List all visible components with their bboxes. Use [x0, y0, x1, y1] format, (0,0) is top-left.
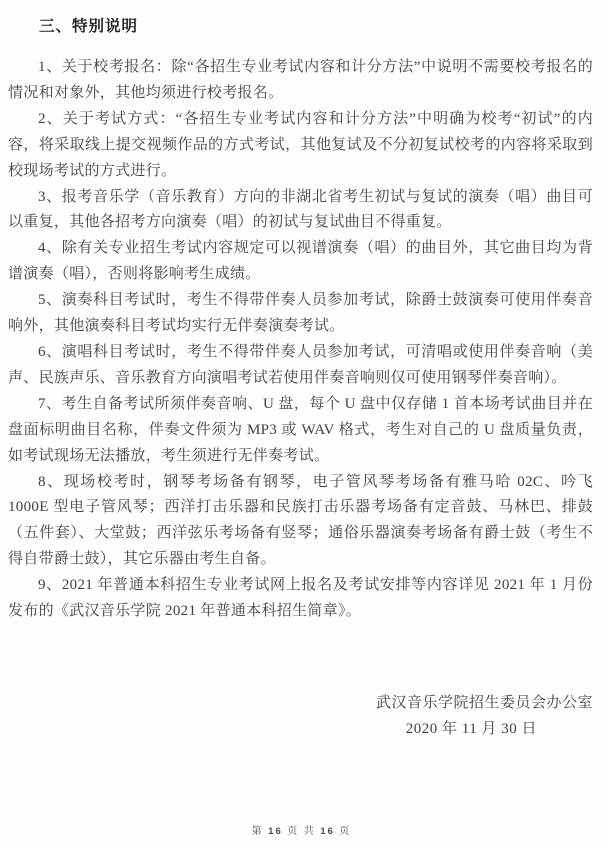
document-content: 三、特别说明 1、关于校考报名：除“各招生专业考试内容和计分方法”中说明不需要校…: [0, 0, 603, 743]
paragraph-7: 7、考生自备考试所须伴奏音响、U 盘，每个 U 盘中仅存储 1 首本场考试曲目并…: [8, 392, 593, 470]
paragraph-6: 6、演唱科目考试时，考生不得带伴奏人员参加考试，可清唱或使用伴奏音响（美声、民族…: [8, 340, 593, 392]
footer-label-di: 第: [252, 826, 264, 837]
section-heading: 三、特别说明: [8, 16, 593, 38]
footer-total-pages: 16: [320, 826, 335, 837]
paragraph-2: 2、关于考试方式：“各招生专业考试内容和计分方法”中明确为校考“初试”的内容，将…: [8, 107, 593, 185]
paragraph-1: 1、关于校考报名：除“各招生专业考试内容和计分方法”中说明不需要校考报名的情况和…: [8, 55, 593, 107]
date-line: 2020 年 11 月 30 日: [8, 717, 593, 743]
paragraph-9: 9、2021 年普通本科招生专业考试网上报名及考试安排等内容详见 2021 年 …: [8, 573, 593, 625]
signature-line: 武汉音乐学院招生委员会办公室: [8, 691, 593, 717]
footer-label-ye: 页: [287, 826, 299, 837]
paragraph-8: 8、现场校考时，钢琴考场备有钢琴，电子管风琴考场备有雅马哈 02C、吟飞 100…: [8, 470, 593, 574]
paragraph-4: 4、除有关专业招生考试内容规定可以视谱演奏（唱）的曲目外，其它曲目均为背谱演奏（…: [8, 236, 593, 288]
footer-page-number: 16: [268, 826, 283, 837]
page-footer: 第 16 页 共 16 页: [0, 822, 603, 837]
signature-block: 武汉音乐学院招生委员会办公室 2020 年 11 月 30 日: [8, 691, 593, 743]
document-page: 三、特别说明 1、关于校考报名：除“各招生专业考试内容和计分方法”中说明不需要校…: [0, 0, 603, 848]
footer-label-gong: 共: [304, 826, 316, 837]
footer-label-ye2: 页: [339, 826, 351, 837]
paragraph-3: 3、报考音乐学（音乐教育）方向的非湖北省考生初试与复试的演奏（唱）曲目可以重复，…: [8, 185, 593, 237]
paragraph-5: 5、演奏科目考试时，考生不得带伴奏人员参加考试，除爵士鼓演奏可使用伴奏音响外，其…: [8, 288, 593, 340]
